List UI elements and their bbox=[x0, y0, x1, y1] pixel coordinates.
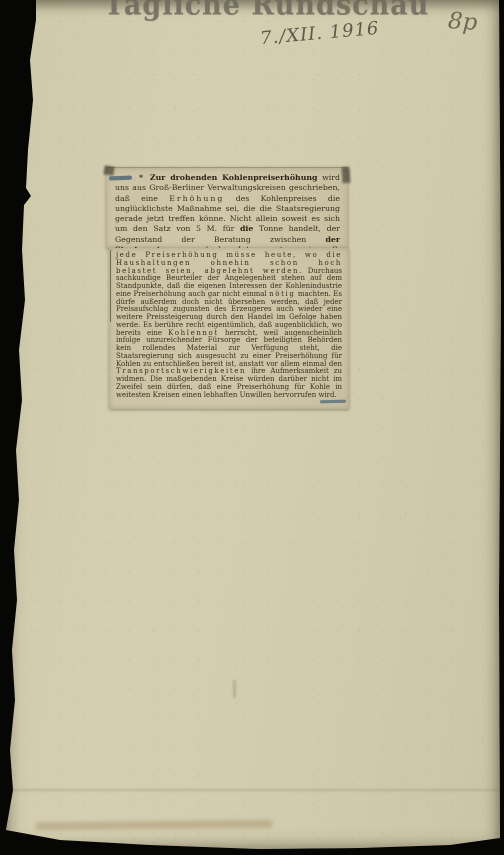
clipping-paragraph-1: * Zur drohenden Kohlenpreiserhöhung wird… bbox=[106, 168, 348, 248]
column-rule bbox=[110, 250, 111, 322]
paper-stain bbox=[35, 820, 273, 830]
scanned-page: Tägliche Rundschau 7./XII. 1916 8p * Zur… bbox=[0, 0, 504, 855]
paper-smudge bbox=[233, 680, 236, 698]
handwritten-date: 7./XII. 1916 bbox=[259, 18, 380, 49]
glue-shadow-icon bbox=[103, 165, 114, 175]
glue-shadow-icon bbox=[341, 167, 350, 184]
text-segment: Zur drohenden Kohlenpreiserhöhung bbox=[150, 173, 318, 182]
blue-pencil-mark bbox=[320, 400, 346, 403]
clipping-piece-2: jede Preiserhöhung müsse heute, wo die H… bbox=[109, 248, 349, 409]
blue-pencil-mark bbox=[109, 176, 132, 181]
lead-asterisk: * bbox=[139, 173, 148, 182]
paper-crease bbox=[4, 789, 500, 791]
clipping-piece-1: * Zur drohenden Kohlenpreiserhöhung wird… bbox=[106, 167, 348, 248]
text-segment: die bbox=[240, 224, 253, 233]
handwritten-page-number: 8p bbox=[447, 8, 478, 36]
newspaper-name-stamp: Tägliche Rundschau bbox=[104, 0, 429, 22]
clipping-paragraph-2: jede Preiserhöhung müsse heute, wo die H… bbox=[109, 248, 349, 409]
paper-sheet: Tägliche Rundschau 7./XII. 1916 8p * Zur… bbox=[0, 0, 504, 855]
text-segment: Erhöhung bbox=[169, 194, 224, 203]
